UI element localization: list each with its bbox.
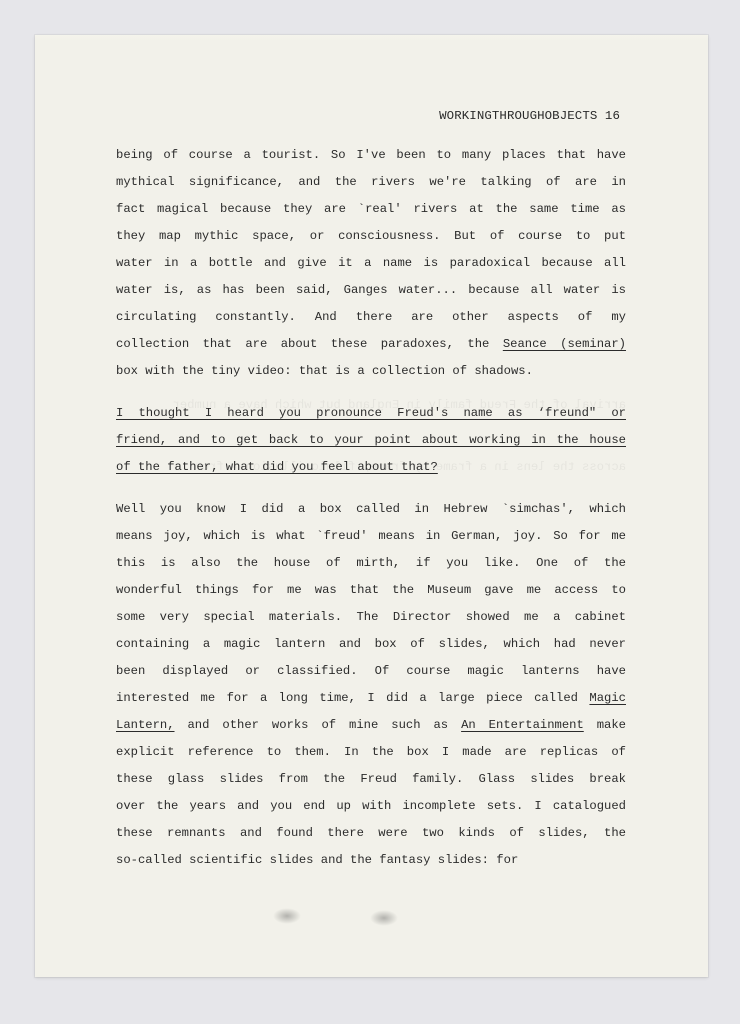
answer-paragraph: Well you know I did a box called in Hebr… (116, 496, 626, 874)
text-line: been displayed or classified. Of course … (116, 658, 626, 685)
text-line: these glass slides from the Freud family… (116, 766, 626, 793)
document-page: WORKINGTHROUGHOBJECTS 16 arrival of the … (35, 35, 708, 977)
running-head: WORKINGTHROUGHOBJECTS 16 (430, 109, 620, 123)
text-line: containing a magic lantern and box of sl… (116, 631, 626, 658)
text-line: friend, and to get back to your point ab… (116, 427, 626, 454)
text-line: means joy, which is what `freud' means i… (116, 523, 626, 550)
underlined-title: Magic (589, 691, 626, 705)
text-line: explicit reference to them. In the box I… (116, 739, 626, 766)
text-line: over the years and you end up with incom… (116, 793, 626, 820)
text-line: fact magical because they are `real' riv… (116, 196, 626, 223)
text-line: these remnants and found there were two … (116, 820, 626, 847)
body-text: being of course a tourist. So I've been … (116, 142, 626, 874)
underlined-title: An Entertainment (461, 718, 584, 732)
text-line: of the father, what did you feel about t… (116, 454, 626, 481)
text-line: being of course a tourist. So I've been … (116, 142, 626, 169)
text-line: collection that are about these paradoxe… (116, 331, 626, 358)
text-line: Well you know I did a box called in Hebr… (116, 496, 626, 523)
text-line: I thought I heard you pronounce Freud's … (116, 400, 626, 427)
text-line: water is, as has been said, Ganges water… (116, 277, 626, 304)
text-line: wonderful things for me was that the Mus… (116, 577, 626, 604)
text-line: circulating constantly. And there are ot… (116, 304, 626, 331)
text-line: water in a bottle and give it a name is … (116, 250, 626, 277)
text-line: mythical significance, and the rivers we… (116, 169, 626, 196)
ink-smudge (273, 908, 301, 924)
ink-smudge (370, 910, 398, 926)
text-line: interested me for a long time, I did a l… (116, 685, 626, 712)
text-line: this is also the house of mirth, if you … (116, 550, 626, 577)
paragraph-gap (116, 385, 626, 400)
text-line: Lantern, and other works of mine such as… (116, 712, 626, 739)
underlined-title: Seance (seminar) (503, 337, 626, 351)
text-line: some very special materials. The Directo… (116, 604, 626, 631)
underlined-title: Lantern, (116, 718, 175, 732)
paragraph-gap (116, 481, 626, 496)
question-paragraph: I thought I heard you pronounce Freud's … (116, 400, 626, 481)
answer-paragraph: being of course a tourist. So I've been … (116, 142, 626, 385)
text-line: box with the tiny video: that is a colle… (116, 358, 626, 385)
text-line: so-called scientific slides and the fant… (116, 847, 626, 874)
text-line: they map mythic space, or consciousness.… (116, 223, 626, 250)
